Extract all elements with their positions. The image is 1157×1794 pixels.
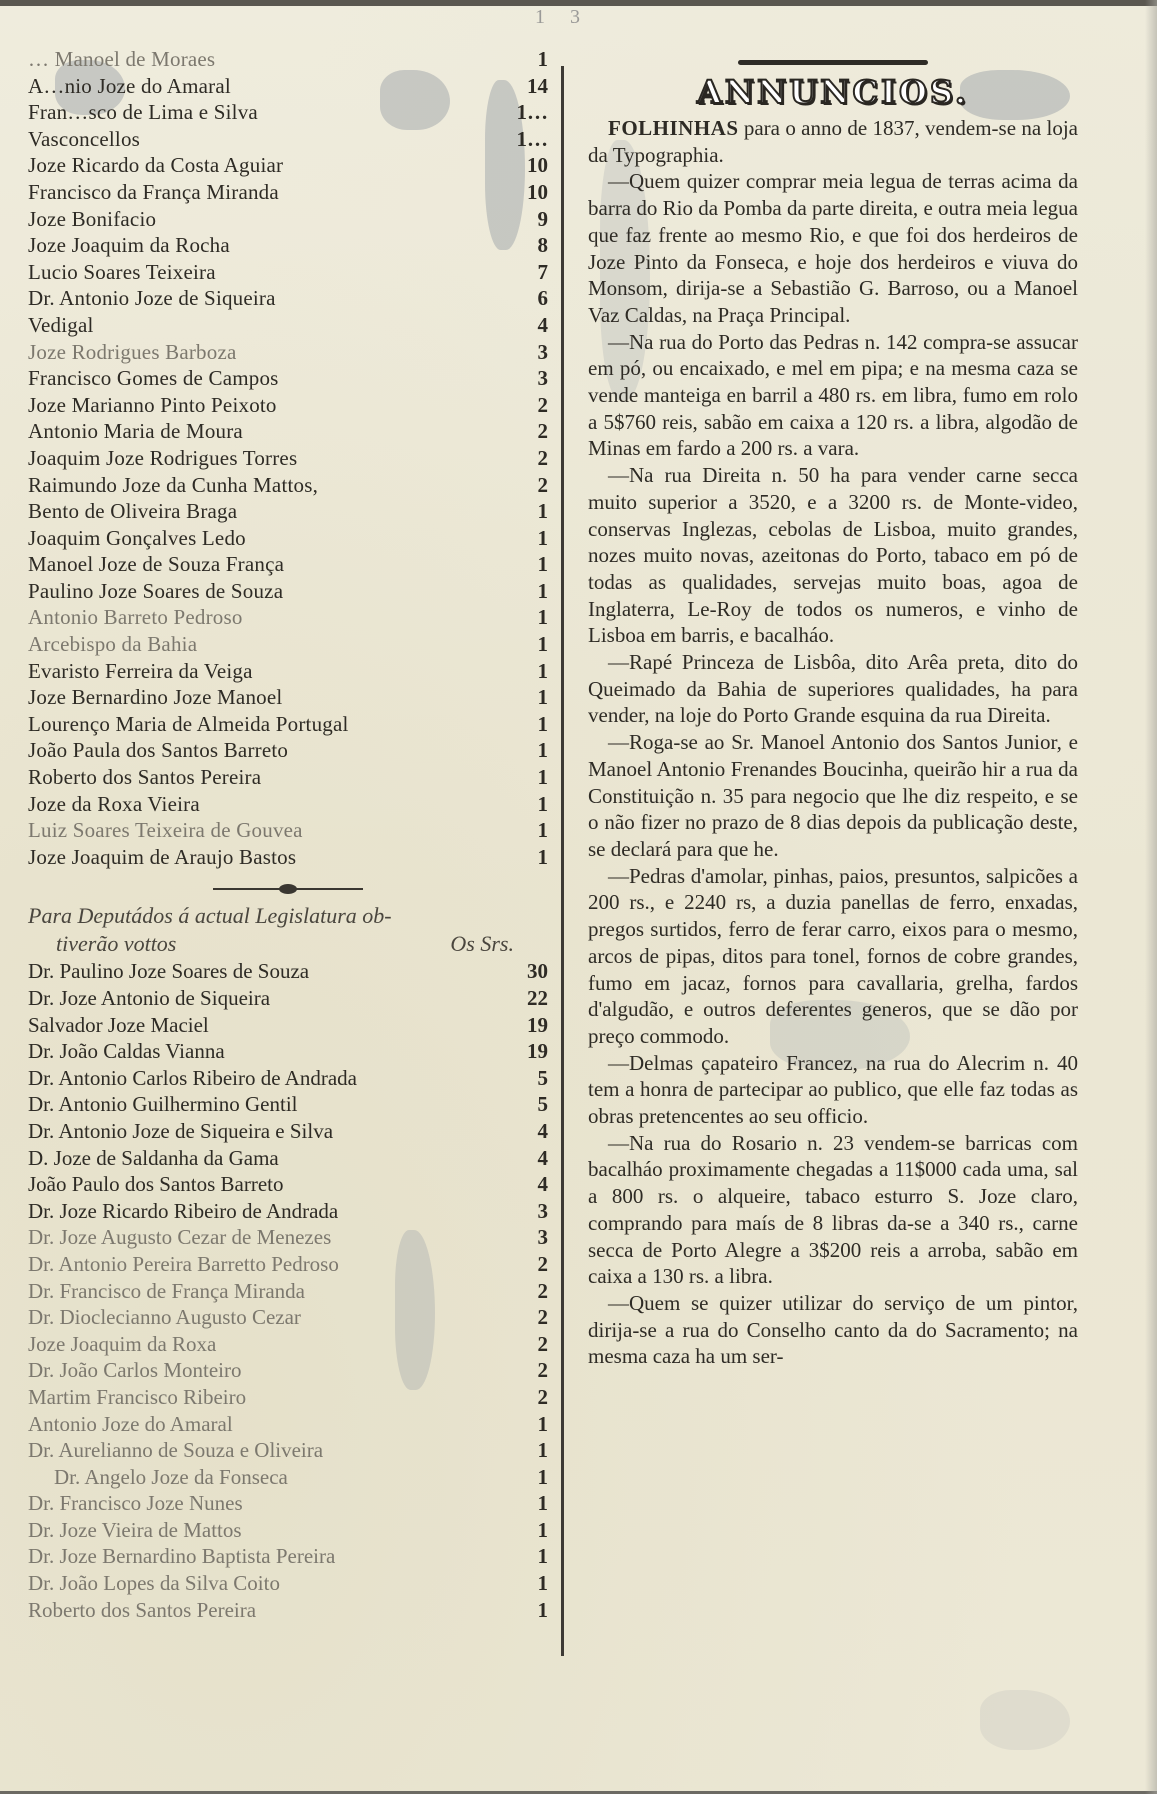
vote-row: Arcebispo da Bahia1	[28, 631, 548, 658]
vote-row: João Paulo dos Santos Barreto4	[28, 1171, 548, 1198]
vote-row: Roberto dos Santos Pereira1	[28, 764, 548, 791]
heading-line-1: Para Deputádos á actual Legislatura ob-	[28, 903, 392, 928]
vote-row: Vedigal4	[28, 312, 548, 339]
vote-row: Evaristo Ferreira da Veiga1	[28, 658, 548, 685]
column-rule	[561, 66, 564, 1656]
vote-row: Dr. João Carlos Monteiro2	[28, 1357, 548, 1384]
vote-row: Dr. Antonio Pereira Barretto Pedroso2	[28, 1251, 548, 1278]
vote-row: Antonio Maria de Moura2	[28, 418, 548, 445]
page-number: 1 3	[535, 6, 590, 29]
vote-row: Dr. Antonio Carlos Ribeiro de Andrada5	[28, 1065, 548, 1092]
ad-rape: —Rapé Princeza de Lisbôa, dito Arêa pret…	[588, 649, 1078, 729]
ad-pedras-amolar: —Pedras d'amolar, pinhas, paios, presunt…	[588, 863, 1078, 1050]
heading-line-2: tiverão vottos	[56, 931, 176, 956]
vote-row: A…nio Joze do Amaral14	[28, 73, 548, 100]
ad-delmas: —Delmas çapateiro Francez, na rua do Ale…	[588, 1050, 1078, 1130]
vote-row: … Manoel de Moraes1	[28, 46, 548, 73]
vote-row: Dr. Joze Ricardo Ribeiro de Andrada3	[28, 1198, 548, 1225]
newspaper-page: 1 3 … Manoel de Moraes1 A…nio Joze do Am…	[0, 0, 1157, 1794]
vote-row: Bento de Oliveira Braga1	[28, 498, 548, 525]
vote-row: Joaquim Joze Rodrigues Torres2	[28, 445, 548, 472]
vote-row: Raimundo Joze da Cunha Mattos,2	[28, 472, 548, 499]
vote-row: Joze Marianno Pinto Peixoto2	[28, 392, 548, 419]
vote-row: Salvador Joze Maciel19	[28, 1012, 548, 1039]
vote-row: Dr. Joze Antonio de Siqueira22	[28, 985, 548, 1012]
vote-row: Roberto dos Santos Pereira1	[28, 1597, 548, 1624]
vote-row: Antonio Barreto Pedroso1	[28, 604, 548, 631]
ad-porto-das-pedras: —Na rua do Porto das Pedras n. 142 compr…	[588, 329, 1078, 463]
vote-row: Fran…sco de Lima e Silva1…	[28, 99, 548, 126]
vote-row: Dr. Francisco Joze Nunes1	[28, 1490, 548, 1517]
vote-row: Joze Ricardo da Costa Aguiar10	[28, 152, 548, 179]
ad-rosario: —Na rua do Rosario n. 23 vendem-se barri…	[588, 1130, 1078, 1290]
ad-pintor: —Quem se quizer utilizar do serviço de u…	[588, 1290, 1078, 1370]
vote-row: D. Joze de Saldanha da Gama4	[28, 1145, 548, 1172]
ad-rua-direita: —Na rua Direita n. 50 ha para vender car…	[588, 462, 1078, 649]
vote-row: Dr. Antonio Joze de Siqueira e Silva4	[28, 1118, 548, 1145]
ad-notice: —Roga-se ao Sr. Manoel Antonio dos Santo…	[588, 729, 1078, 863]
announcements-title: ANNUNCIOS.	[588, 73, 1078, 111]
vote-row: João Paula dos Santos Barreto1	[28, 737, 548, 764]
vote-row: Joze Bernardino Joze Manoel1	[28, 684, 548, 711]
vote-row: Joze da Roxa Vieira1	[28, 791, 548, 818]
heading-os-srs: Os Srs.	[450, 930, 514, 958]
vote-row: Dr. Joze Vieira de Mattos1	[28, 1517, 548, 1544]
section-divider-ornament	[213, 884, 363, 894]
vote-row: Dr. Angelo Joze da Fonseca1	[28, 1464, 548, 1491]
ad-land-sale: —Quem quizer comprar meia legua de terra…	[588, 168, 1078, 328]
vote-row: Joaquim Gonçalves Ledo1	[28, 525, 548, 552]
vote-row: Manoel Joze de Souza França1	[28, 551, 548, 578]
vote-row: Dr. João Lopes da Silva Coito1	[28, 1570, 548, 1597]
title-rule	[738, 60, 928, 65]
vote-row: Joze Joaquim da Roxa2	[28, 1331, 548, 1358]
vote-list-deputies: Dr. Paulino Joze Soares de Souza30 Dr. J…	[28, 958, 548, 1623]
vote-row: Paulino Joze Soares de Souza1	[28, 578, 548, 605]
vote-row: Lourenço Maria de Almeida Portugal1	[28, 711, 548, 738]
vote-row: Joze Joaquim da Rocha8	[28, 232, 548, 259]
water-stain	[980, 1690, 1070, 1750]
deputies-section-heading: Para Deputádos á actual Legislatura ob- …	[28, 902, 548, 958]
vote-row: Dr. Antonio Guilhermino Gentil5	[28, 1091, 548, 1118]
vote-row: Dr. Aurelianno de Souza e Oliveira1	[28, 1437, 548, 1464]
vote-row: Dr. Francisco de França Miranda2	[28, 1278, 548, 1305]
vote-row: Joze Bonifacio9	[28, 206, 548, 233]
vote-row: Francisco Gomes de Campos3	[28, 365, 548, 392]
vote-row: Dr. Paulino Joze Soares de Souza30	[28, 958, 548, 985]
vote-row: Antonio Joze do Amaral1	[28, 1411, 548, 1438]
vote-row: Dr. João Caldas Vianna19	[28, 1038, 548, 1065]
ad-folhinhas: FOLHINHAS para o anno de 1837, vendem-se…	[588, 115, 1078, 168]
vote-row: Francisco da França Miranda10	[28, 179, 548, 206]
vote-row: Dr. Joze Bernardino Baptista Pereira1	[28, 1543, 548, 1570]
vote-row: Luiz Soares Teixeira de Gouvea1	[28, 817, 548, 844]
vote-row: Dr. Dioclecianno Augusto Cezar2	[28, 1304, 548, 1331]
vote-list-senators: … Manoel de Moraes1 A…nio Joze do Amaral…	[28, 46, 548, 870]
vote-row: Lucio Soares Teixeira7	[28, 259, 548, 286]
page-edge-shadow	[1145, 0, 1157, 1794]
vote-row: Dr. Joze Augusto Cezar de Menezes3	[28, 1224, 548, 1251]
announcements-column: ANNUNCIOS. FOLHINHAS para o anno de 1837…	[588, 60, 1078, 1370]
vote-tally-column: … Manoel de Moraes1 A…nio Joze do Amaral…	[28, 46, 548, 1623]
vote-row: Dr. Antonio Joze de Siqueira6	[28, 285, 548, 312]
vote-row: Martim Francisco Ribeiro2	[28, 1384, 548, 1411]
vote-row: Joze Rodrigues Barboza3	[28, 339, 548, 366]
vote-row: Joze Joaquim de Araujo Bastos1	[28, 844, 548, 871]
vote-row: Vasconcellos1…	[28, 126, 548, 153]
